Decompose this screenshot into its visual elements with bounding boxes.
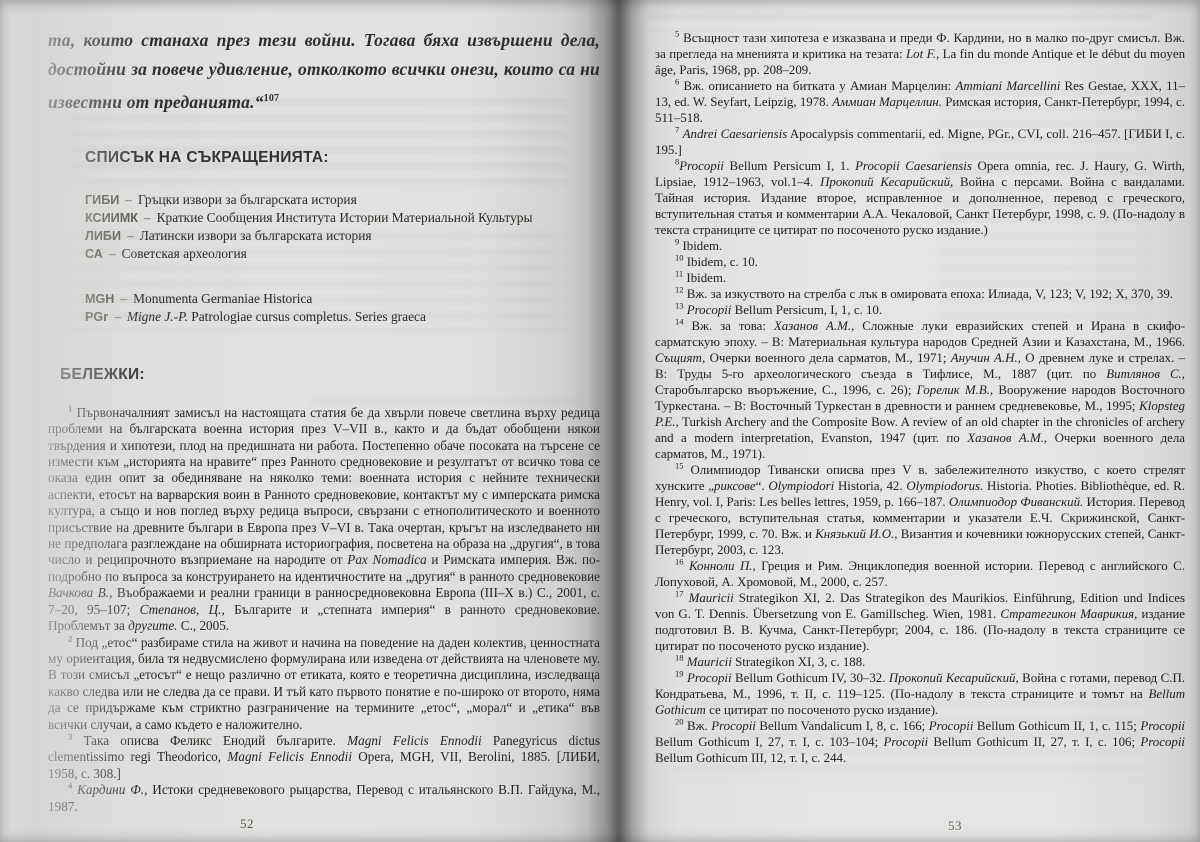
abbreviation-meaning: Латински извори за българската история [140,228,372,243]
footnote: 5 Всъщност тази хипотеза е изказвана и п… [655,30,1185,78]
abbreviation-separator: – [114,309,121,324]
abbreviation-separator: – [125,192,132,207]
abbreviation-meaning: Советская археология [122,246,247,261]
abbreviation-item: СА–Советская археология [85,245,600,263]
abbreviation-key: ЛИБИ [85,229,121,243]
quote-text: та, които станаха през тези войни. Тогав… [48,30,600,112]
footnote: 10 Ibidem, с. 10. [655,254,1185,270]
footnote-number: 17 [675,589,684,599]
abbreviation-item: ГИБИ–Гръцки извори за българската истори… [85,191,600,209]
footnote: 11 Ibidem. [655,270,1185,286]
footnote: 20 Вж. Procopii Bellum Vandalicum I, 8, … [655,718,1185,766]
footnote-text: Ibidem. [686,271,726,285]
footnote: 15 Олимпиодор Тивански описва през V в. … [655,462,1185,558]
footnote-text: Вж. за това: Хазанов А.М., Сложные луки … [655,319,1185,461]
abbreviation-separator: – [144,210,151,225]
footnote-number: 13 [675,301,684,311]
footnote-number: 10 [675,253,684,263]
footnote: 1 Първоначалният замисъл на настоящата с… [48,405,600,635]
footnote-number: 9 [675,237,679,247]
footnote: 14 Вж. за това: Хазанов А.М., Сложные лу… [655,318,1185,462]
quote-paragraph: та, които станаха през тези войни. Тогав… [48,26,600,117]
footnote-text: Всъщност тази хипотеза е изказвана и пре… [655,31,1185,77]
footnote-text: Procopii Bellum Persicum I, 1. Procopii … [655,159,1185,237]
footnote-number: 3 [68,732,72,742]
footnote: 2 Под „етос“ разбираме стила на живот и … [48,635,600,733]
abbreviation-item: ЛИБИ–Латински извори за българската исто… [85,227,600,245]
abbreviation-separator: – [109,246,116,261]
abbreviations-heading: СПИСЪК НА СЪКРАЩЕНИЯТА: [85,149,600,167]
footnote-text: Ibidem, с. 10. [687,255,758,269]
footnote-text: Mauricii Strategikon XI, 2. Das Strategi… [655,591,1185,653]
footnote-number: 15 [675,461,684,471]
abbreviation-key: СА [85,247,103,261]
footnote: 16 Конноли П., Греция и Рим. Энциклопеди… [655,558,1185,590]
footnotes-left: 1 Първоначалният замисъл на настоящата с… [48,405,600,815]
footnote-text: Олимпиодор Тивански описва през V в. заб… [655,463,1185,557]
abbreviation-meaning: Migne J.-P. Patrologiae cursus completus… [127,309,426,324]
bleedthrough-artifact [648,13,1153,31]
footnote-text: Конноли П., Греция и Рим. Энциклопедия в… [655,559,1185,589]
footnote: 12 Вж. за изкуството на стрелба с лък в … [655,286,1185,302]
footnote-number: 18 [675,653,684,663]
abbreviation-meaning: Monumenta Germaniae Historica [133,291,312,306]
abbreviations-latin-group: MGH–Monumenta Germaniae Historica PGr–Mi… [85,290,600,326]
footnote-number: 7 [675,125,679,135]
abbreviation-separator: – [120,291,127,306]
abbreviation-separator: – [127,228,134,243]
footnote: 19 Procopii Bellum Gothicum IV, 30–32. П… [655,670,1185,718]
footnote-text: Вж. Procopii Bellum Vandalicum I, 8, с. … [655,719,1185,765]
abbreviations-list: ГИБИ–Гръцки извори за българската истори… [85,191,600,326]
footnote-number: 12 [675,285,684,295]
abbreviation-key: ГИБИ [85,193,119,207]
footnote-text: Mauricii Strategikon XI, 3, с. 188. [687,655,866,669]
abbreviation-meaning: Гръцки извори за българската история [138,192,357,207]
footnote: 4 Кардини Ф., Истоки средневекового рыца… [48,782,600,815]
footnote-number: 20 [675,717,684,727]
footnote-number: 5 [675,29,679,39]
footnote-text: Procopii Bellum Gothicum IV, 30–32. Прок… [655,671,1185,717]
footnote-text: Вж. описанието на битката у Амиан Марцел… [655,79,1185,125]
footnote-number: 11 [675,269,683,279]
abbreviation-item: КСИИМК–Краткие Сообщения Института Истор… [85,209,600,227]
notes-heading: БЕЛЕЖКИ: [60,366,600,384]
footnote-text: Ibidem. [682,239,722,253]
abbreviation-meaning: Краткие Сообщения Института Истории Мате… [157,210,533,225]
abbreviation-key: КСИИМК [85,211,138,225]
footnote-number: 2 [68,633,72,643]
footnote: 7 Andrei Caesariensis Apocalypsis commen… [655,126,1185,158]
footnote-text: Под „етос“ разбираме стила на живот и на… [48,635,600,732]
page-left-content: та, които станаха през тези войни. Тогав… [48,26,600,815]
footnote-number: 16 [675,557,684,567]
page-number: 53 [948,818,962,834]
footnote-text: Вж. за изкуството на стрелба с лък в оми… [687,287,1173,301]
page-left: та, които станаха през тези войни. Тогав… [0,0,618,842]
footnote-text: Кардини Ф., Истоки средневекового рыцарс… [48,782,600,813]
footnote-text: Така описва Феликс Енодий българите. Mag… [48,733,600,781]
abbreviation-key: MGH [85,292,114,306]
footnote: 8Procopii Bellum Persicum I, 1. Procopii… [655,158,1185,238]
footnote-text: Procopii Bellum Persicum, I, 1, с. 10. [687,303,882,317]
footnote-number: 14 [675,317,684,327]
footnote: 17 Mauricii Strategikon XI, 2. Das Strat… [655,590,1185,654]
footnote-number: 6 [675,77,679,87]
page-number: 52 [240,816,254,832]
page-right: 5 Всъщност тази хипотеза е изказвана и п… [618,0,1200,842]
footnote-number: 4 [68,781,72,791]
footnote-text: Първоначалният замисъл на настоящата ста… [48,405,600,633]
footnote-number: 1 [68,403,72,413]
footnote: 9 Ibidem. [655,238,1185,254]
footnote-text: Andrei Caesariensis Apocalypsis commenta… [655,127,1185,157]
footnote-ref: 107 [264,93,280,104]
footnote: 3 Така описва Феликс Енодий българите. M… [48,733,600,782]
page-right-content: 5 Всъщност тази хипотеза е изказвана и п… [655,30,1185,766]
abbreviation-key: PGr [85,310,108,324]
footnote: 18 Mauricii Strategikon XI, 3, с. 188. [655,654,1185,670]
book-scan: та, които станаха през тези войни. Тогав… [0,0,1200,842]
abbreviation-item: MGH–Monumenta Germaniae Historica [85,290,600,308]
footnote: 13 Procopii Bellum Persicum, I, 1, с. 10… [655,302,1185,318]
footnote-number: 19 [675,669,684,679]
abbreviation-item: PGr–Migne J.-P. Patrologiae cursus compl… [85,308,600,326]
footnote: 6 Вж. описанието на битката у Амиан Марц… [655,78,1185,126]
